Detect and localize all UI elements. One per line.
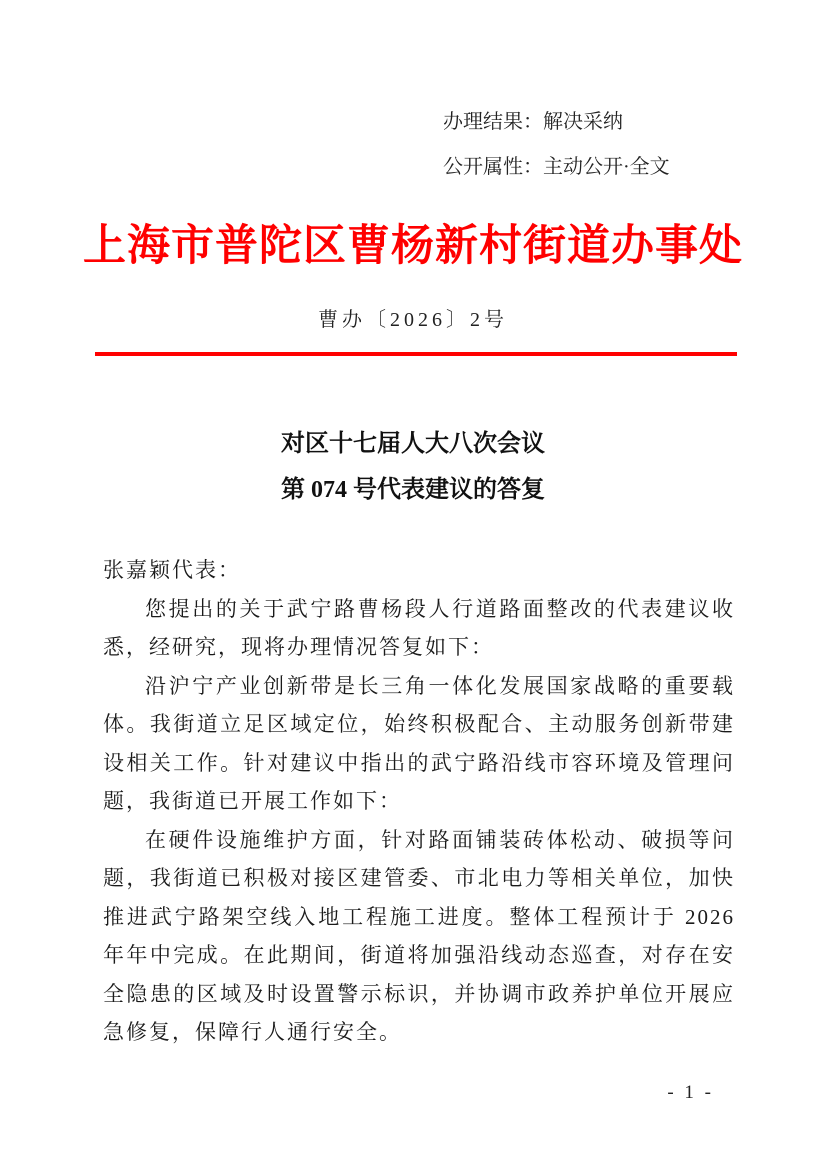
publicity-attribute-line: 公开属性：主动公开·全文 [443,153,670,181]
publicity-value: 主动公开·全文 [543,156,670,178]
letterhead-divider-rule [95,352,737,356]
handling-result-value: 解决采纳 [543,111,623,133]
document-title-line2: 第 074 号代表建议的答复 [0,467,826,513]
document-number: 曹办〔2026〕2号 [0,303,826,332]
document-body: 张嘉颖代表： 您提出的关于武宁路曹杨段人行道路面整改的代表建议收悉，经研究，现将… [103,551,735,1052]
handling-result-label: 办理结果： [443,111,543,133]
publicity-label: 公开属性： [443,156,543,178]
page-number: - 1 - [667,1082,714,1104]
issuing-org-title: 上海市普陀区曹杨新村街道办事处 [0,212,826,273]
handling-result-line: 办理结果：解决采纳 [443,108,670,136]
salutation: 张嘉颖代表： [103,551,735,590]
paragraph-3: 在硬件设施维护方面，针对路面铺装砖体松动、破损等问题，我街道已积极对接区建管委、… [103,821,735,1052]
paragraph-1: 您提出的关于武宁路曹杨段人行道路面整改的代表建议收悉，经研究，现将办理情况答复如… [103,590,735,667]
document-title-line1: 对区十七届人大八次会议 [0,421,826,467]
document-page: 办理结果：解决采纳 公开属性：主动公开·全文 上海市普陀区曹杨新村街道办事处 曹… [0,0,826,1169]
document-title: 对区十七届人大八次会议 第 074 号代表建议的答复 [0,421,826,513]
header-meta: 办理结果：解决采纳 公开属性：主动公开·全文 [443,108,670,181]
paragraph-2: 沿沪宁产业创新带是长三角一体化发展国家战略的重要载体。我街道立足区域定位，始终积… [103,667,735,821]
